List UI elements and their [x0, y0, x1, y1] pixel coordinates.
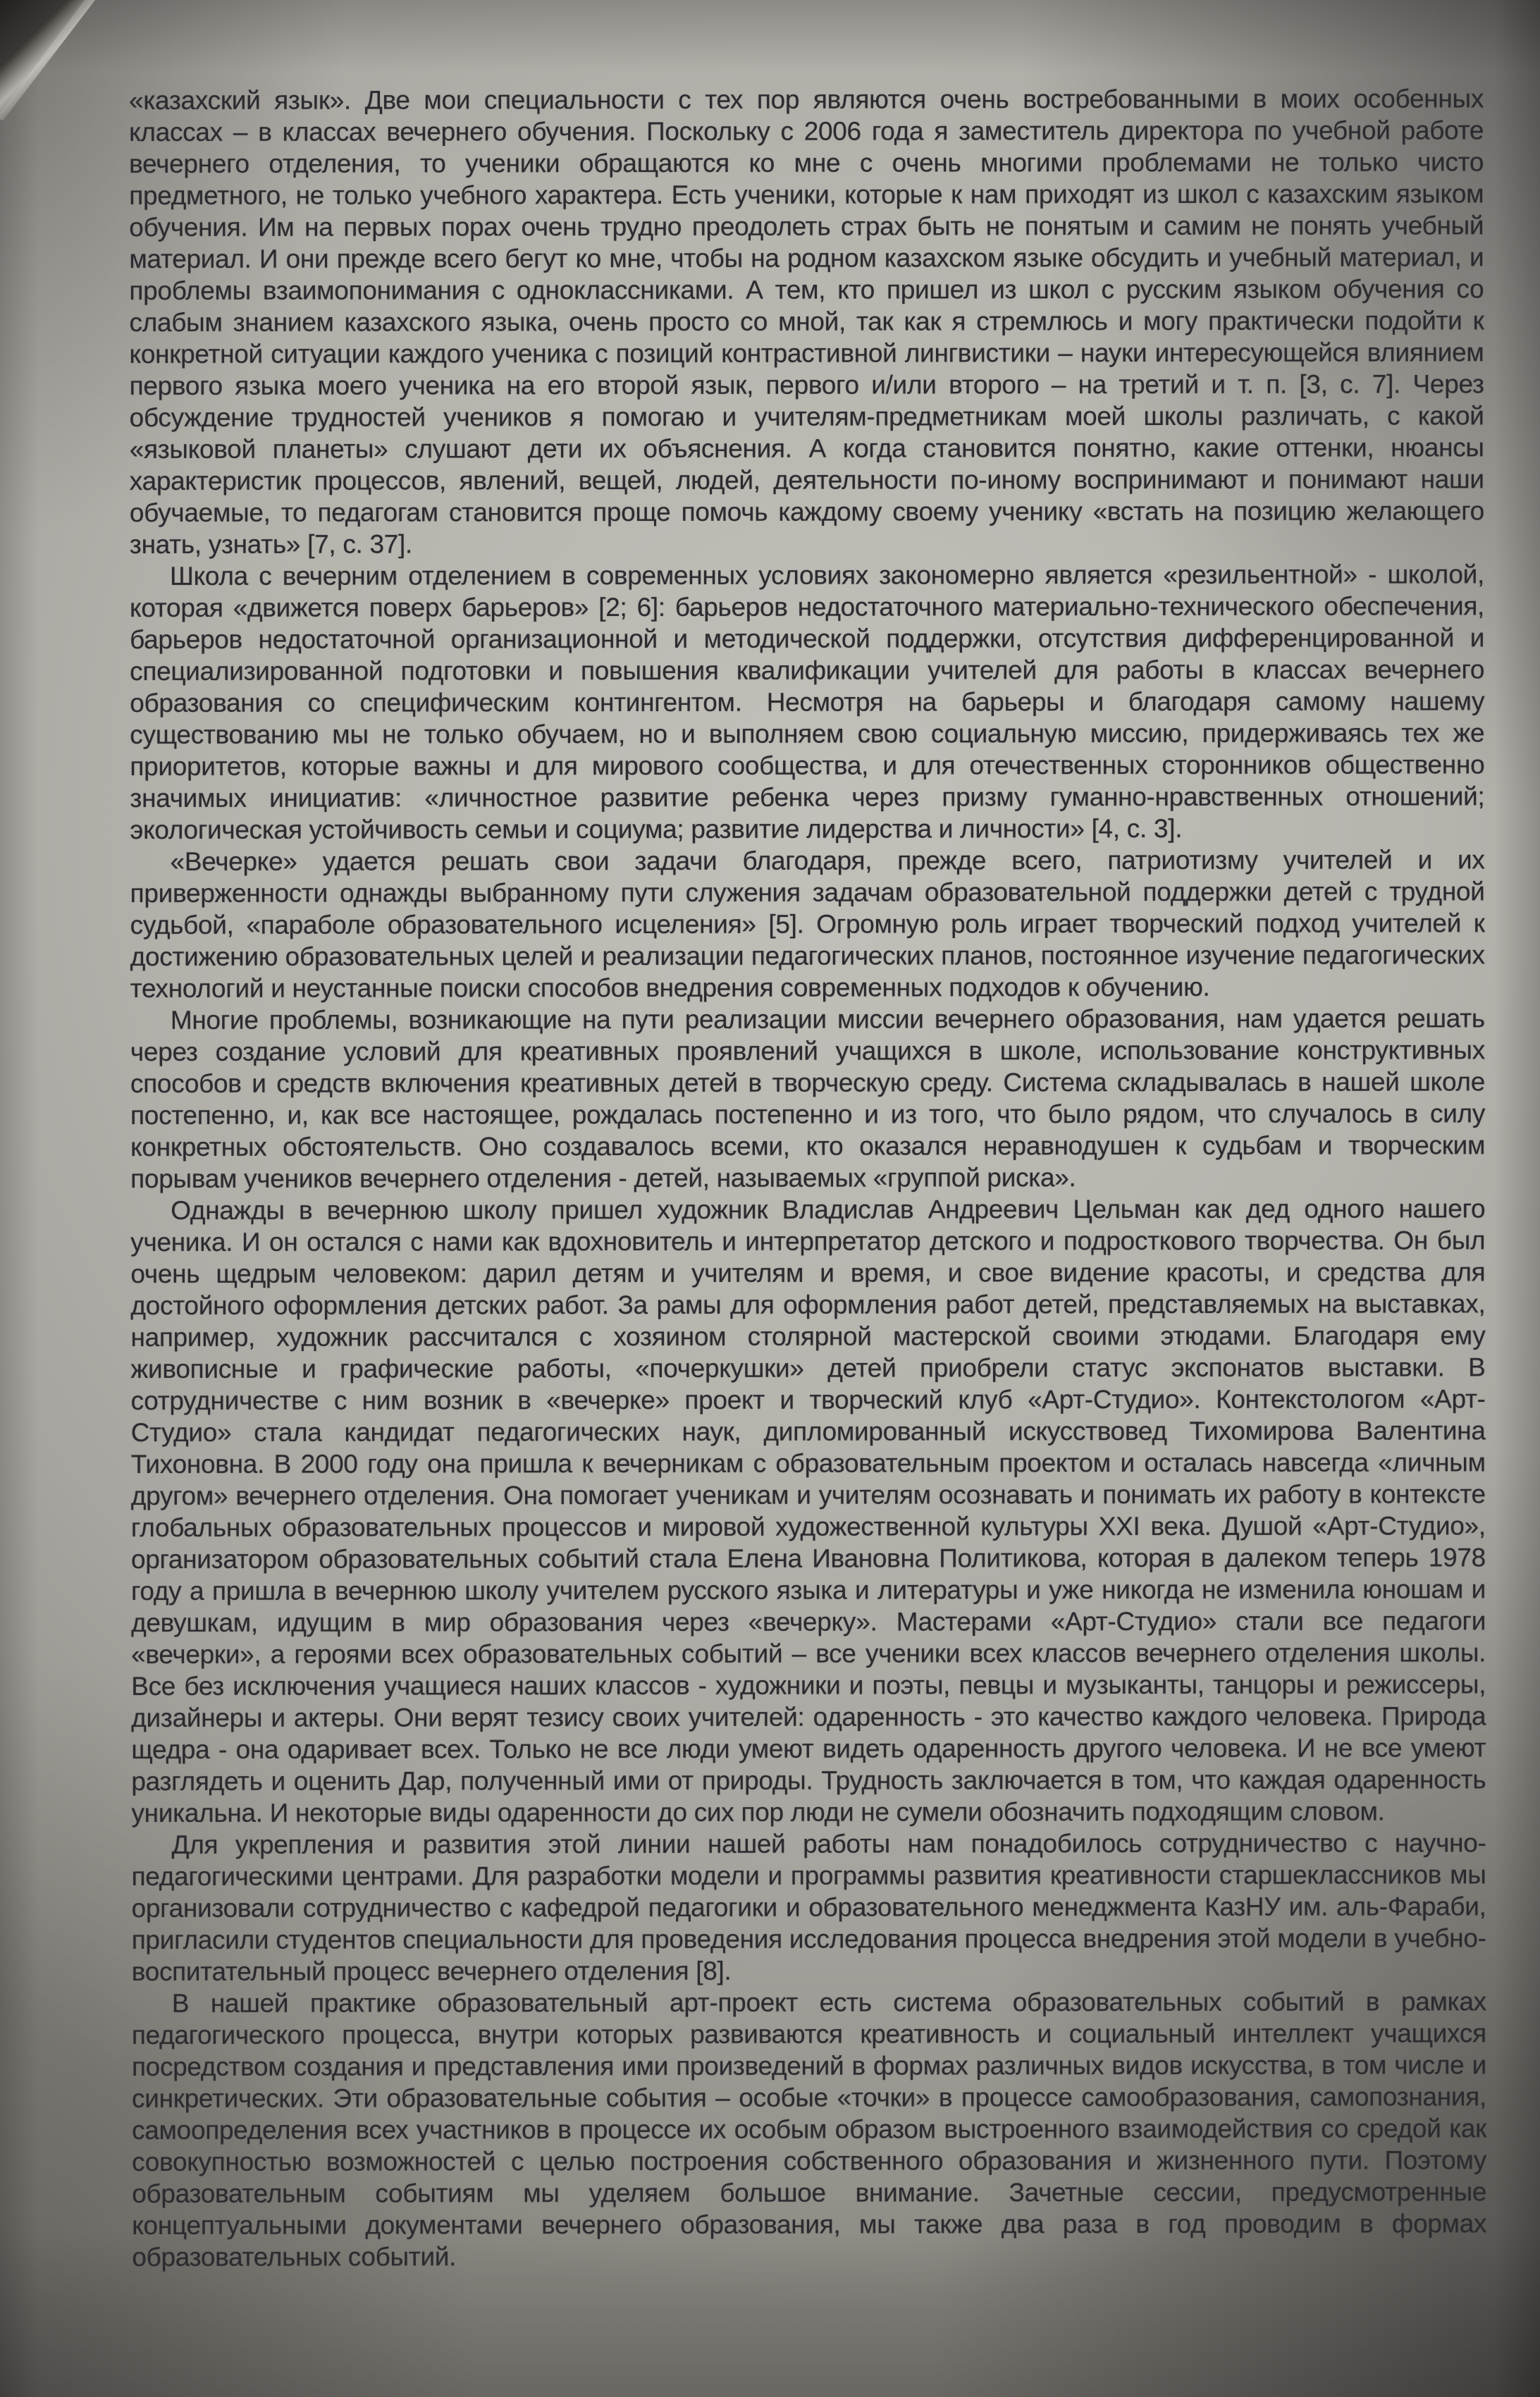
- paragraph-2: Школа с вечерним отделением в современны…: [130, 558, 1485, 846]
- paragraph-1: «казахский язык». Две мои специальности …: [129, 82, 1484, 560]
- paragraph-4: Многие проблемы, возникающие на пути реа…: [130, 1002, 1485, 1195]
- paragraph-5: Однажды в вечернюю школу пришел художник…: [130, 1193, 1486, 1829]
- text-block: «казахский язык». Две мои специальности …: [129, 82, 1486, 2273]
- paragraph-7: В нашей практике образовательный арт-про…: [132, 1985, 1487, 2273]
- paragraph-6: Для укрепления и развития этой линии наш…: [131, 1827, 1486, 1988]
- paragraph-3: «Вечерке» удается решать свои задачи бла…: [130, 844, 1485, 1004]
- photo-of-document: «казахский язык». Две мои специальности …: [0, 0, 1540, 2397]
